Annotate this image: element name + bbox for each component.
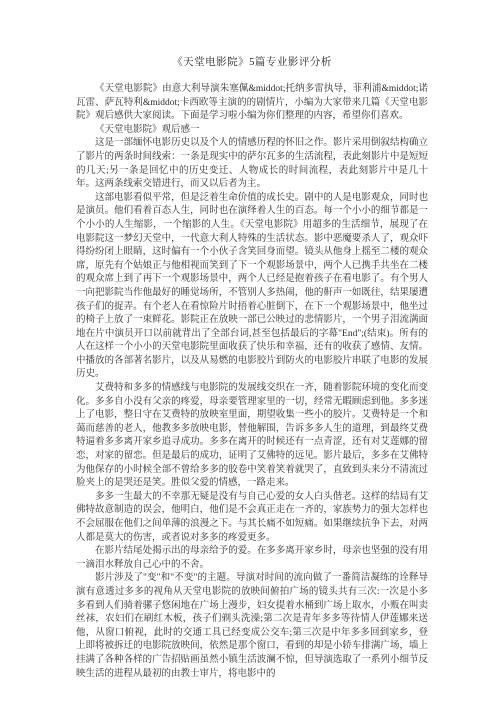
paragraph: 影片涉及了"变"和"不变"的主题。导演对时间的流向做了一番简洁凝练的诠释导演有意… <box>76 572 428 681</box>
paragraph: 这部电影看似平常，但是泛着生命价值的成长史。剧中的人是电影观众，同时也是演员。他… <box>76 192 428 382</box>
document-page: 《天堂电影院》5篇专业影评分析 《天堂电影院》由意大利导演朱塞佩&middot;… <box>0 0 500 707</box>
paragraph: 《天堂电影院》观后感一 <box>76 124 428 138</box>
paragraph: 艾费特和多多的情感线与电影院的发展线交织在一齐，随着影院环境的变化而变化。多多自… <box>76 382 428 491</box>
paragraph: 《天堂电影院》由意大利导演朱塞佩&middot;托纳多雷执导，菲利浦&middo… <box>76 83 428 124</box>
paragraph: 这是一部缅怀电影历史以及个人的情感历程的怀旧之作。影片采用倒叙结构确立了影片的两… <box>76 137 428 191</box>
paragraph: 多多一生最大的不幸那无疑是没有与自己心爱的女人白头偕老。这样的结局有艾佛特故意制… <box>76 491 428 545</box>
document-body: 《天堂电影院》由意大利导演朱塞佩&middot;托纳多雷执导，菲利浦&middo… <box>76 83 428 681</box>
document-title: 《天堂电影院》5篇专业影评分析 <box>76 54 428 69</box>
paragraph: 在影片结尾处揭示出的母亲给予的爱。在多多离开家乡时，母亲也坚强的没有用一滴泪水释… <box>76 545 428 572</box>
